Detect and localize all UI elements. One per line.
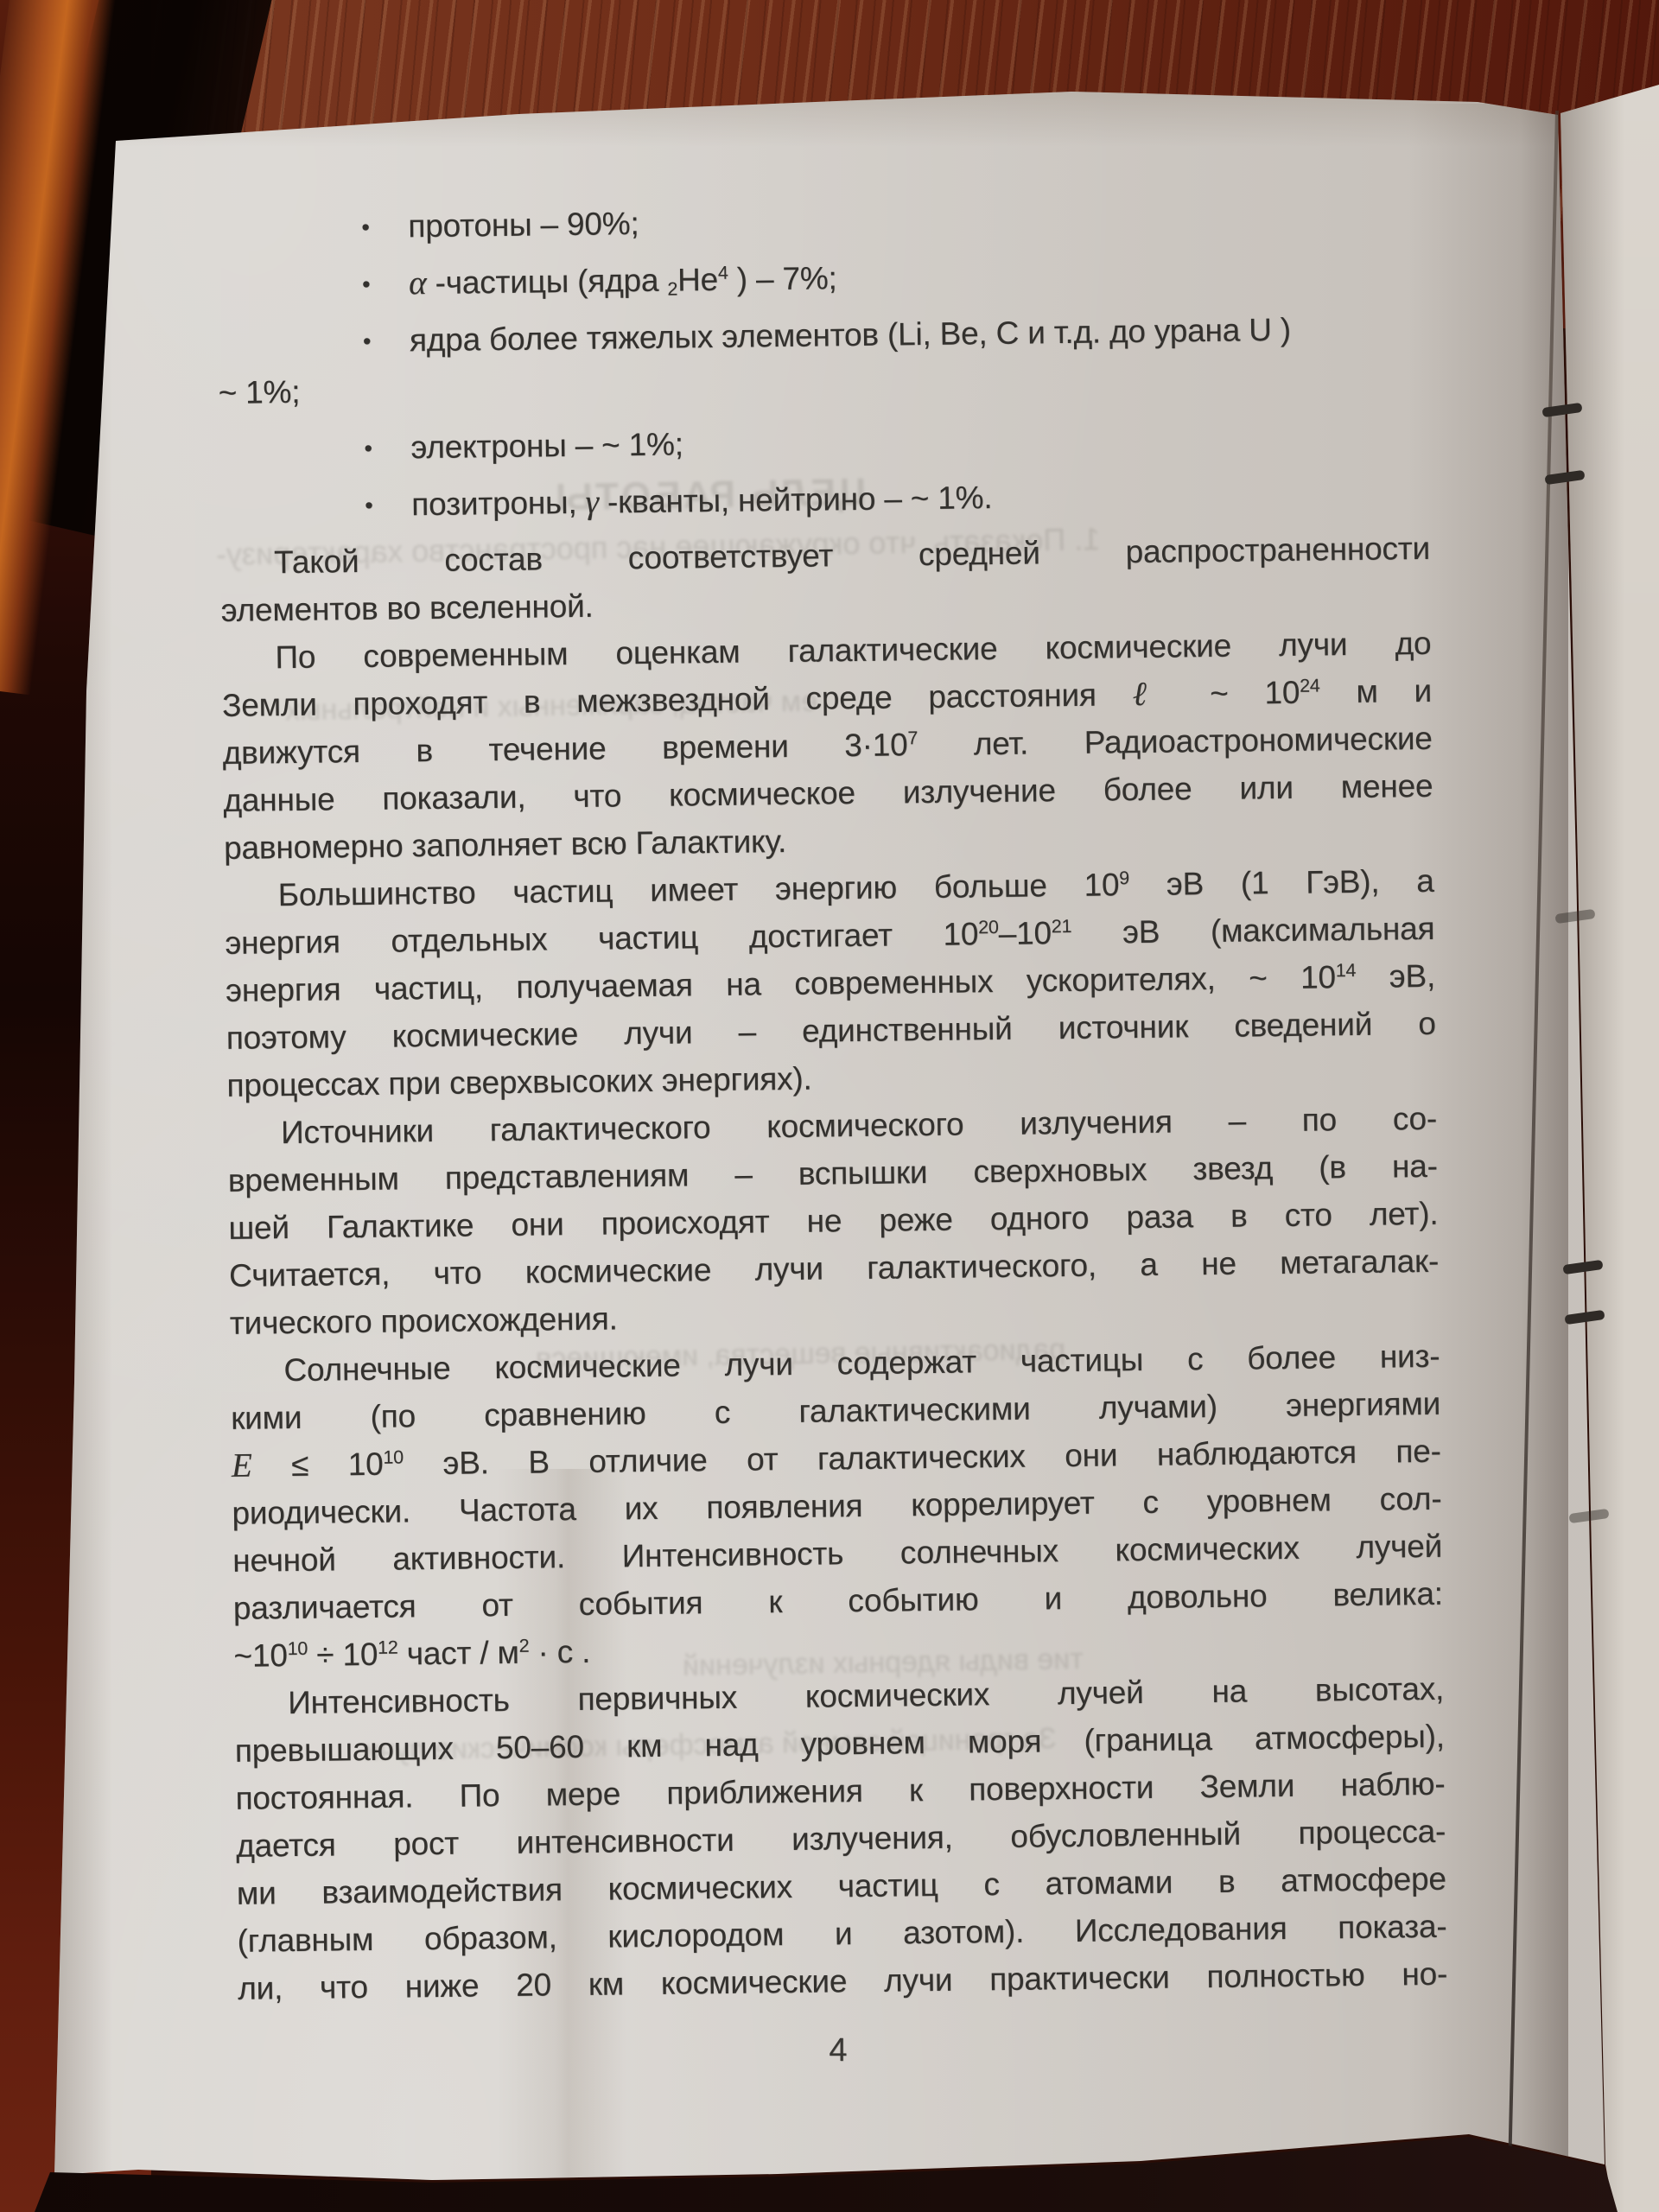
bullet-item: •электроны – ~ 1%; [219,410,1429,475]
paragraph: Такой состав соответствует средней распр… [220,524,1431,634]
bullet-marker-icon: • [364,423,411,474]
text-line: •α -частицы (ядра 2He4 ) – 7%; [217,246,1427,311]
text-line: •позитроны, γ -кванты, нейтрино – ~ 1%. [219,467,1430,532]
text-column: •протоны – 90%;•α -частицы (ядра 2He4 ) … [216,189,1447,2012]
book-left-page: ЦЕЛЬ РАБОТЫ 1. Показать, что окружающее … [0,0,1659,2212]
bullet-item: •α -частицы (ядра 2He4 ) – 7%; [217,246,1427,311]
paragraph: Источники галактического космического из… [227,1095,1440,1347]
bullet-item: •протоны – 90%; [216,189,1427,254]
bullet-item: •ядра более тяжелых элементов (Li, Be, C… [218,303,1428,418]
bullet-marker-icon: • [362,258,410,309]
paragraph: Большинство частиц имеет энергию больше … [224,857,1436,1109]
bullet-marker-icon: • [363,315,410,366]
text-line: •электроны – ~ 1%; [219,410,1429,475]
bullet-marker-icon: • [365,480,412,531]
bullet-marker-icon: • [361,201,409,252]
bullet-item: •позитроны, γ -кванты, нейтрино – ~ 1%. [219,467,1430,532]
paragraph: По современным оценкам галактические кос… [221,620,1433,872]
paragraph: Солнечные космические лучи содержат част… [230,1332,1444,1680]
page-number: 4 [804,2032,873,2069]
paragraph: Интенсивность первичных космических луче… [234,1665,1448,2012]
text-line: •протоны – 90%; [216,189,1427,254]
